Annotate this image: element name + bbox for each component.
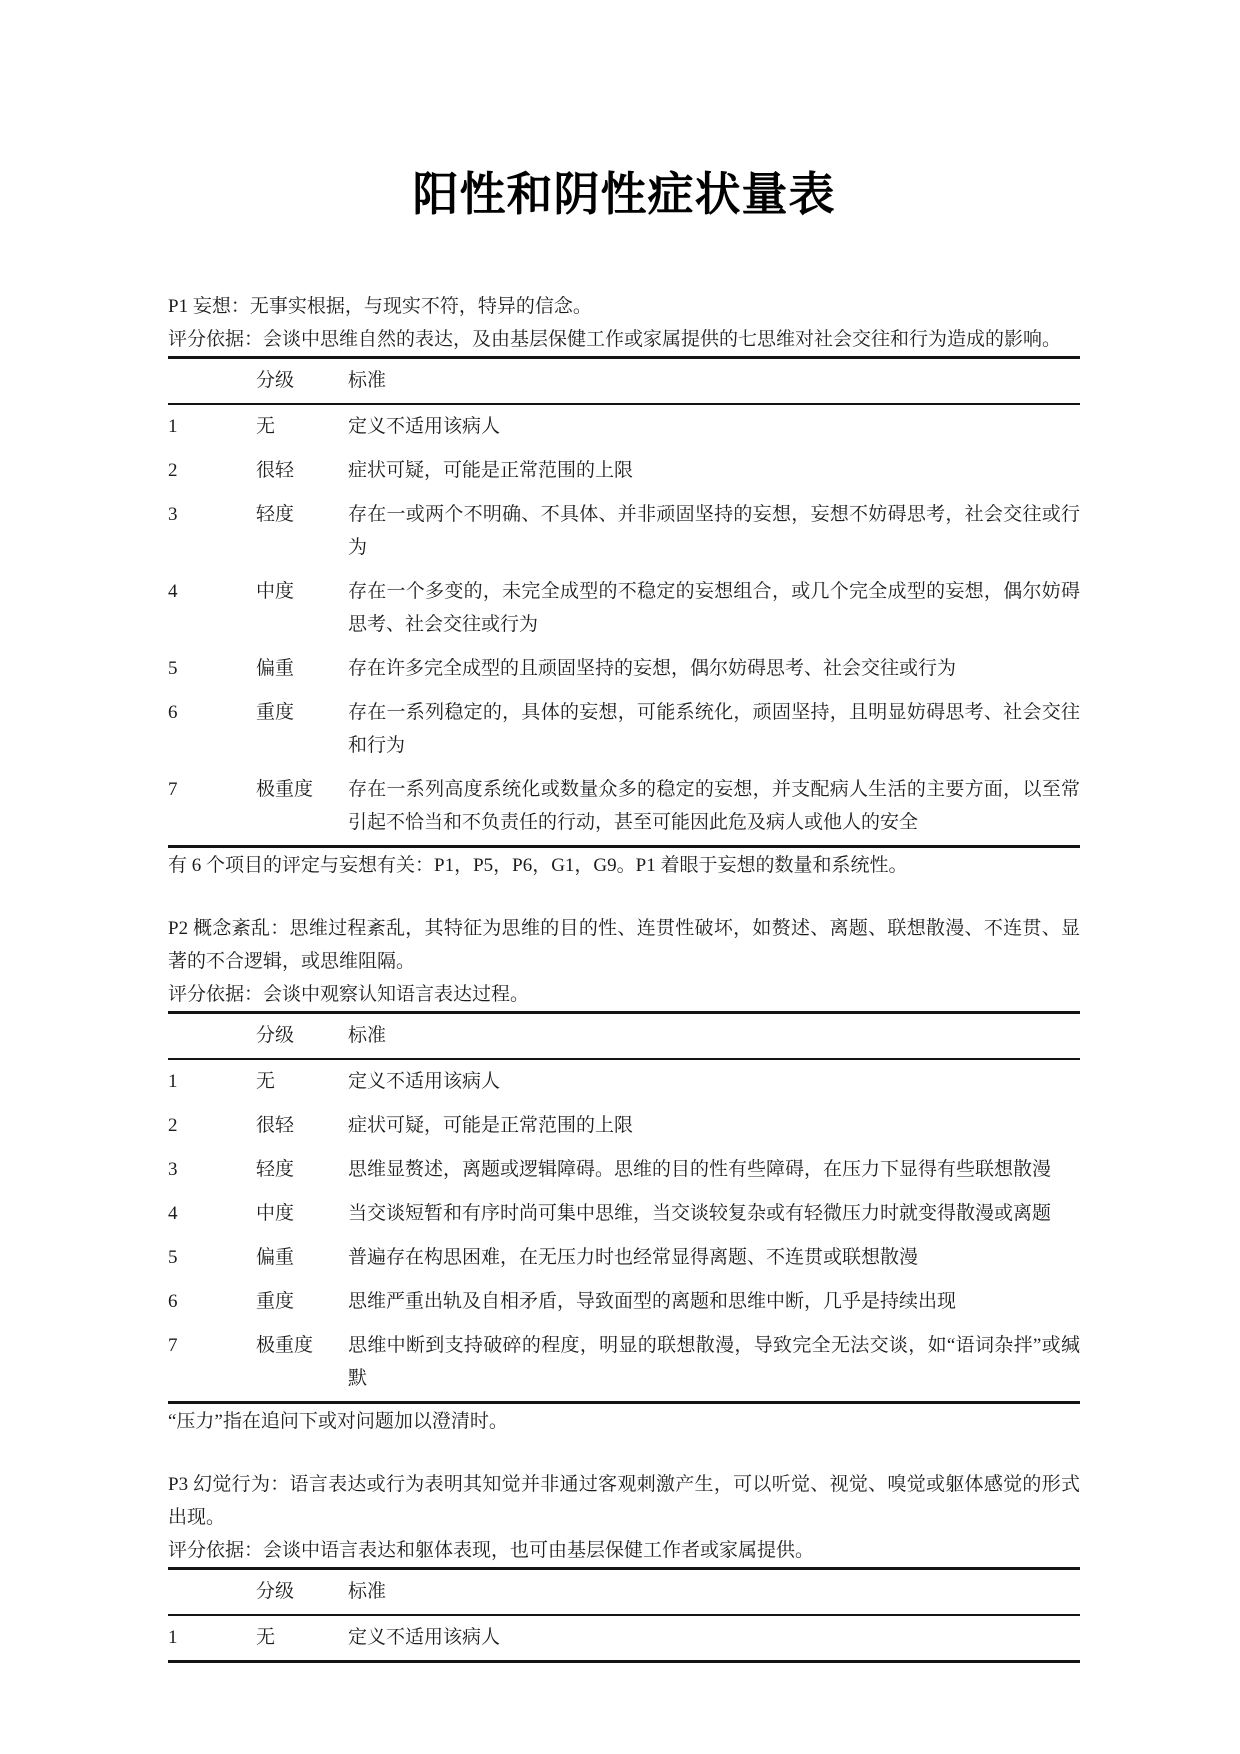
criteria-cell: 当交谈短暂和有序时尚可集中思维，当交谈较复杂或有轻微压力时就变得散漫或离题 bbox=[348, 1192, 1080, 1236]
score-cell: 6 bbox=[168, 1280, 256, 1324]
grade-cell: 无 bbox=[256, 1615, 348, 1662]
section-p1: P1 妄想：无事实根据，与现实不符，特异的信念。 评分依据：会谈中思维自然的表达… bbox=[168, 290, 1080, 882]
score-cell: 5 bbox=[168, 1236, 256, 1280]
section-p2: P2 概念紊乱：思维过程紊乱，其特征为思维的目的性、连贯性破坏，如赘述、离题、联… bbox=[168, 912, 1080, 1438]
rating-table-p3: 分级 标准 1 无 定义不适用该病人 bbox=[168, 1567, 1080, 1663]
score-cell: 1 bbox=[168, 404, 256, 449]
score-cell: 4 bbox=[168, 570, 256, 647]
rating-row: 6 重度 存在一系列稳定的，具体的妄想，可能系统化，顽固坚持，且明显妨碍思考、社… bbox=[168, 691, 1080, 768]
criteria-cell: 定义不适用该病人 bbox=[348, 404, 1080, 449]
criteria-cell: 思维显赘述，离题或逻辑障碍。思维的目的性有些障碍，在压力下显得有些联想散漫 bbox=[348, 1148, 1080, 1192]
grade-cell: 轻度 bbox=[256, 1148, 348, 1192]
rating-table-p2: 分级 标准 1 无 定义不适用该病人 2 很轻 症状可疑，可能是正常范围的上限 … bbox=[168, 1011, 1080, 1404]
score-cell: 3 bbox=[168, 493, 256, 570]
grade-cell: 中度 bbox=[256, 1192, 348, 1236]
grade-cell: 很轻 bbox=[256, 1104, 348, 1148]
score-header bbox=[168, 1013, 256, 1060]
grade-cell: 偏重 bbox=[256, 1236, 348, 1280]
rating-row: 1 无 定义不适用该病人 bbox=[168, 1615, 1080, 1662]
table-header-row: 分级 标准 bbox=[168, 1569, 1080, 1616]
criteria-cell: 存在一系列稳定的，具体的妄想，可能系统化，顽固坚持，且明显妨碍思考、社会交往和行… bbox=[348, 691, 1080, 768]
grade-header: 分级 bbox=[256, 1569, 348, 1616]
rating-row: 4 中度 存在一个多变的，未完全成型的不稳定的妄想组合，或几个完全成型的妄想，偶… bbox=[168, 570, 1080, 647]
rating-basis: 评分依据：会谈中观察认知语言表达过程。 bbox=[168, 978, 1080, 1011]
score-cell: 5 bbox=[168, 647, 256, 691]
grade-cell: 无 bbox=[256, 404, 348, 449]
grade-cell: 重度 bbox=[256, 1280, 348, 1324]
document-title: 阳性和阴性症状量表 bbox=[168, 166, 1080, 224]
criteria-cell: 定义不适用该病人 bbox=[348, 1615, 1080, 1662]
section-p2-intro: P2 概念紊乱：思维过程紊乱，其特征为思维的目的性、连贯性破坏，如赘述、离题、联… bbox=[168, 912, 1080, 1011]
grade-header: 分级 bbox=[256, 1013, 348, 1060]
grade-cell: 偏重 bbox=[256, 647, 348, 691]
item-definition: P1 妄想：无事实根据，与现实不符，特异的信念。 bbox=[168, 290, 1080, 323]
score-header bbox=[168, 358, 256, 405]
item-definition: P3 幻觉行为：语言表达或行为表明其知觉并非通过客观刺激产生，可以听觉、视觉、嗅… bbox=[168, 1468, 1080, 1534]
rating-row: 3 轻度 思维显赘述，离题或逻辑障碍。思维的目的性有些障碍，在压力下显得有些联想… bbox=[168, 1148, 1080, 1192]
rating-row: 2 很轻 症状可疑，可能是正常范围的上限 bbox=[168, 449, 1080, 493]
score-cell: 1 bbox=[168, 1059, 256, 1104]
criteria-cell: 思维严重出轨及自相矛盾，导致面型的离题和思维中断，几乎是持续出现 bbox=[348, 1280, 1080, 1324]
rating-row: 6 重度 思维严重出轨及自相矛盾，导致面型的离题和思维中断，几乎是持续出现 bbox=[168, 1280, 1080, 1324]
score-header bbox=[168, 1569, 256, 1616]
criteria-cell: 定义不适用该病人 bbox=[348, 1059, 1080, 1104]
rating-row: 5 偏重 存在许多完全成型的且顽固坚持的妄想，偶尔妨碍思考、社会交往或行为 bbox=[168, 647, 1080, 691]
grade-cell: 轻度 bbox=[256, 493, 348, 570]
grade-cell: 无 bbox=[256, 1059, 348, 1104]
section-p3-intro: P3 幻觉行为：语言表达或行为表明其知觉并非通过客观刺激产生，可以听觉、视觉、嗅… bbox=[168, 1468, 1080, 1567]
rating-basis: 评分依据：会谈中语言表达和躯体表现，也可由基层保健工作者或家属提供。 bbox=[168, 1534, 1080, 1567]
rating-row: 5 偏重 普遍存在构思困难，在无压力时也经常显得离题、不连贯或联想散漫 bbox=[168, 1236, 1080, 1280]
section-p3: P3 幻觉行为：语言表达或行为表明其知觉并非通过客观刺激产生，可以听觉、视觉、嗅… bbox=[168, 1468, 1080, 1663]
score-cell: 7 bbox=[168, 768, 256, 847]
score-cell: 3 bbox=[168, 1148, 256, 1192]
table-header-row: 分级 标准 bbox=[168, 358, 1080, 405]
table-header-row: 分级 标准 bbox=[168, 1013, 1080, 1060]
item-definition: P2 概念紊乱：思维过程紊乱，其特征为思维的目的性、连贯性破坏，如赘述、离题、联… bbox=[168, 912, 1080, 978]
criteria-cell: 存在一系列高度系统化或数量众多的稳定的妄想，并支配病人生活的主要方面，以至常引起… bbox=[348, 768, 1080, 847]
section-p1-intro: P1 妄想：无事实根据，与现实不符，特异的信念。 评分依据：会谈中思维自然的表达… bbox=[168, 290, 1080, 356]
rating-table-p1: 分级 标准 1 无 定义不适用该病人 2 很轻 症状可疑，可能是正常范围的上限 … bbox=[168, 356, 1080, 848]
criteria-cell: 症状可疑，可能是正常范围的上限 bbox=[348, 449, 1080, 493]
section-note: 有 6 个项目的评定与妄想有关：P1，P5，P6，G1，G9。P1 着眼于妄想的… bbox=[168, 849, 1080, 882]
grade-header: 分级 bbox=[256, 358, 348, 405]
criteria-cell: 普遍存在构思困难，在无压力时也经常显得离题、不连贯或联想散漫 bbox=[348, 1236, 1080, 1280]
score-cell: 2 bbox=[168, 449, 256, 493]
criteria-cell: 存在许多完全成型的且顽固坚持的妄想，偶尔妨碍思考、社会交往或行为 bbox=[348, 647, 1080, 691]
rating-basis: 评分依据：会谈中思维自然的表达，及由基层保健工作或家属提供的七思维对社会交往和行… bbox=[168, 323, 1080, 356]
section-note: “压力”指在追问下或对问题加以澄清时。 bbox=[168, 1405, 1080, 1438]
rating-row: 1 无 定义不适用该病人 bbox=[168, 404, 1080, 449]
rating-row: 4 中度 当交谈短暂和有序时尚可集中思维，当交谈较复杂或有轻微压力时就变得散漫或… bbox=[168, 1192, 1080, 1236]
score-cell: 6 bbox=[168, 691, 256, 768]
grade-cell: 很轻 bbox=[256, 449, 348, 493]
grade-cell: 极重度 bbox=[256, 1324, 348, 1403]
criteria-cell: 症状可疑，可能是正常范围的上限 bbox=[348, 1104, 1080, 1148]
criteria-header: 标准 bbox=[348, 1013, 1080, 1060]
rating-row: 1 无 定义不适用该病人 bbox=[168, 1059, 1080, 1104]
grade-cell: 中度 bbox=[256, 570, 348, 647]
criteria-header: 标准 bbox=[348, 358, 1080, 405]
score-cell: 7 bbox=[168, 1324, 256, 1403]
document-page: 阳性和阴性症状量表 P1 妄想：无事实根据，与现实不符，特异的信念。 评分依据：… bbox=[0, 0, 1240, 1754]
rating-row: 3 轻度 存在一或两个不明确、不具体、并非顽固坚持的妄想，妄想不妨碍思考，社会交… bbox=[168, 493, 1080, 570]
criteria-cell: 存在一或两个不明确、不具体、并非顽固坚持的妄想，妄想不妨碍思考，社会交往或行为 bbox=[348, 493, 1080, 570]
score-cell: 1 bbox=[168, 1615, 256, 1662]
rating-row: 7 极重度 思维中断到支持破碎的程度，明显的联想散漫，导致完全无法交谈，如“语词… bbox=[168, 1324, 1080, 1403]
rating-row: 7 极重度 存在一系列高度系统化或数量众多的稳定的妄想，并支配病人生活的主要方面… bbox=[168, 768, 1080, 847]
grade-cell: 极重度 bbox=[256, 768, 348, 847]
score-cell: 4 bbox=[168, 1192, 256, 1236]
criteria-cell: 思维中断到支持破碎的程度，明显的联想散漫，导致完全无法交谈，如“语词杂拌”或缄默 bbox=[348, 1324, 1080, 1403]
criteria-header: 标准 bbox=[348, 1569, 1080, 1616]
grade-cell: 重度 bbox=[256, 691, 348, 768]
criteria-cell: 存在一个多变的，未完全成型的不稳定的妄想组合，或几个完全成型的妄想，偶尔妨碍思考… bbox=[348, 570, 1080, 647]
rating-row: 2 很轻 症状可疑，可能是正常范围的上限 bbox=[168, 1104, 1080, 1148]
score-cell: 2 bbox=[168, 1104, 256, 1148]
